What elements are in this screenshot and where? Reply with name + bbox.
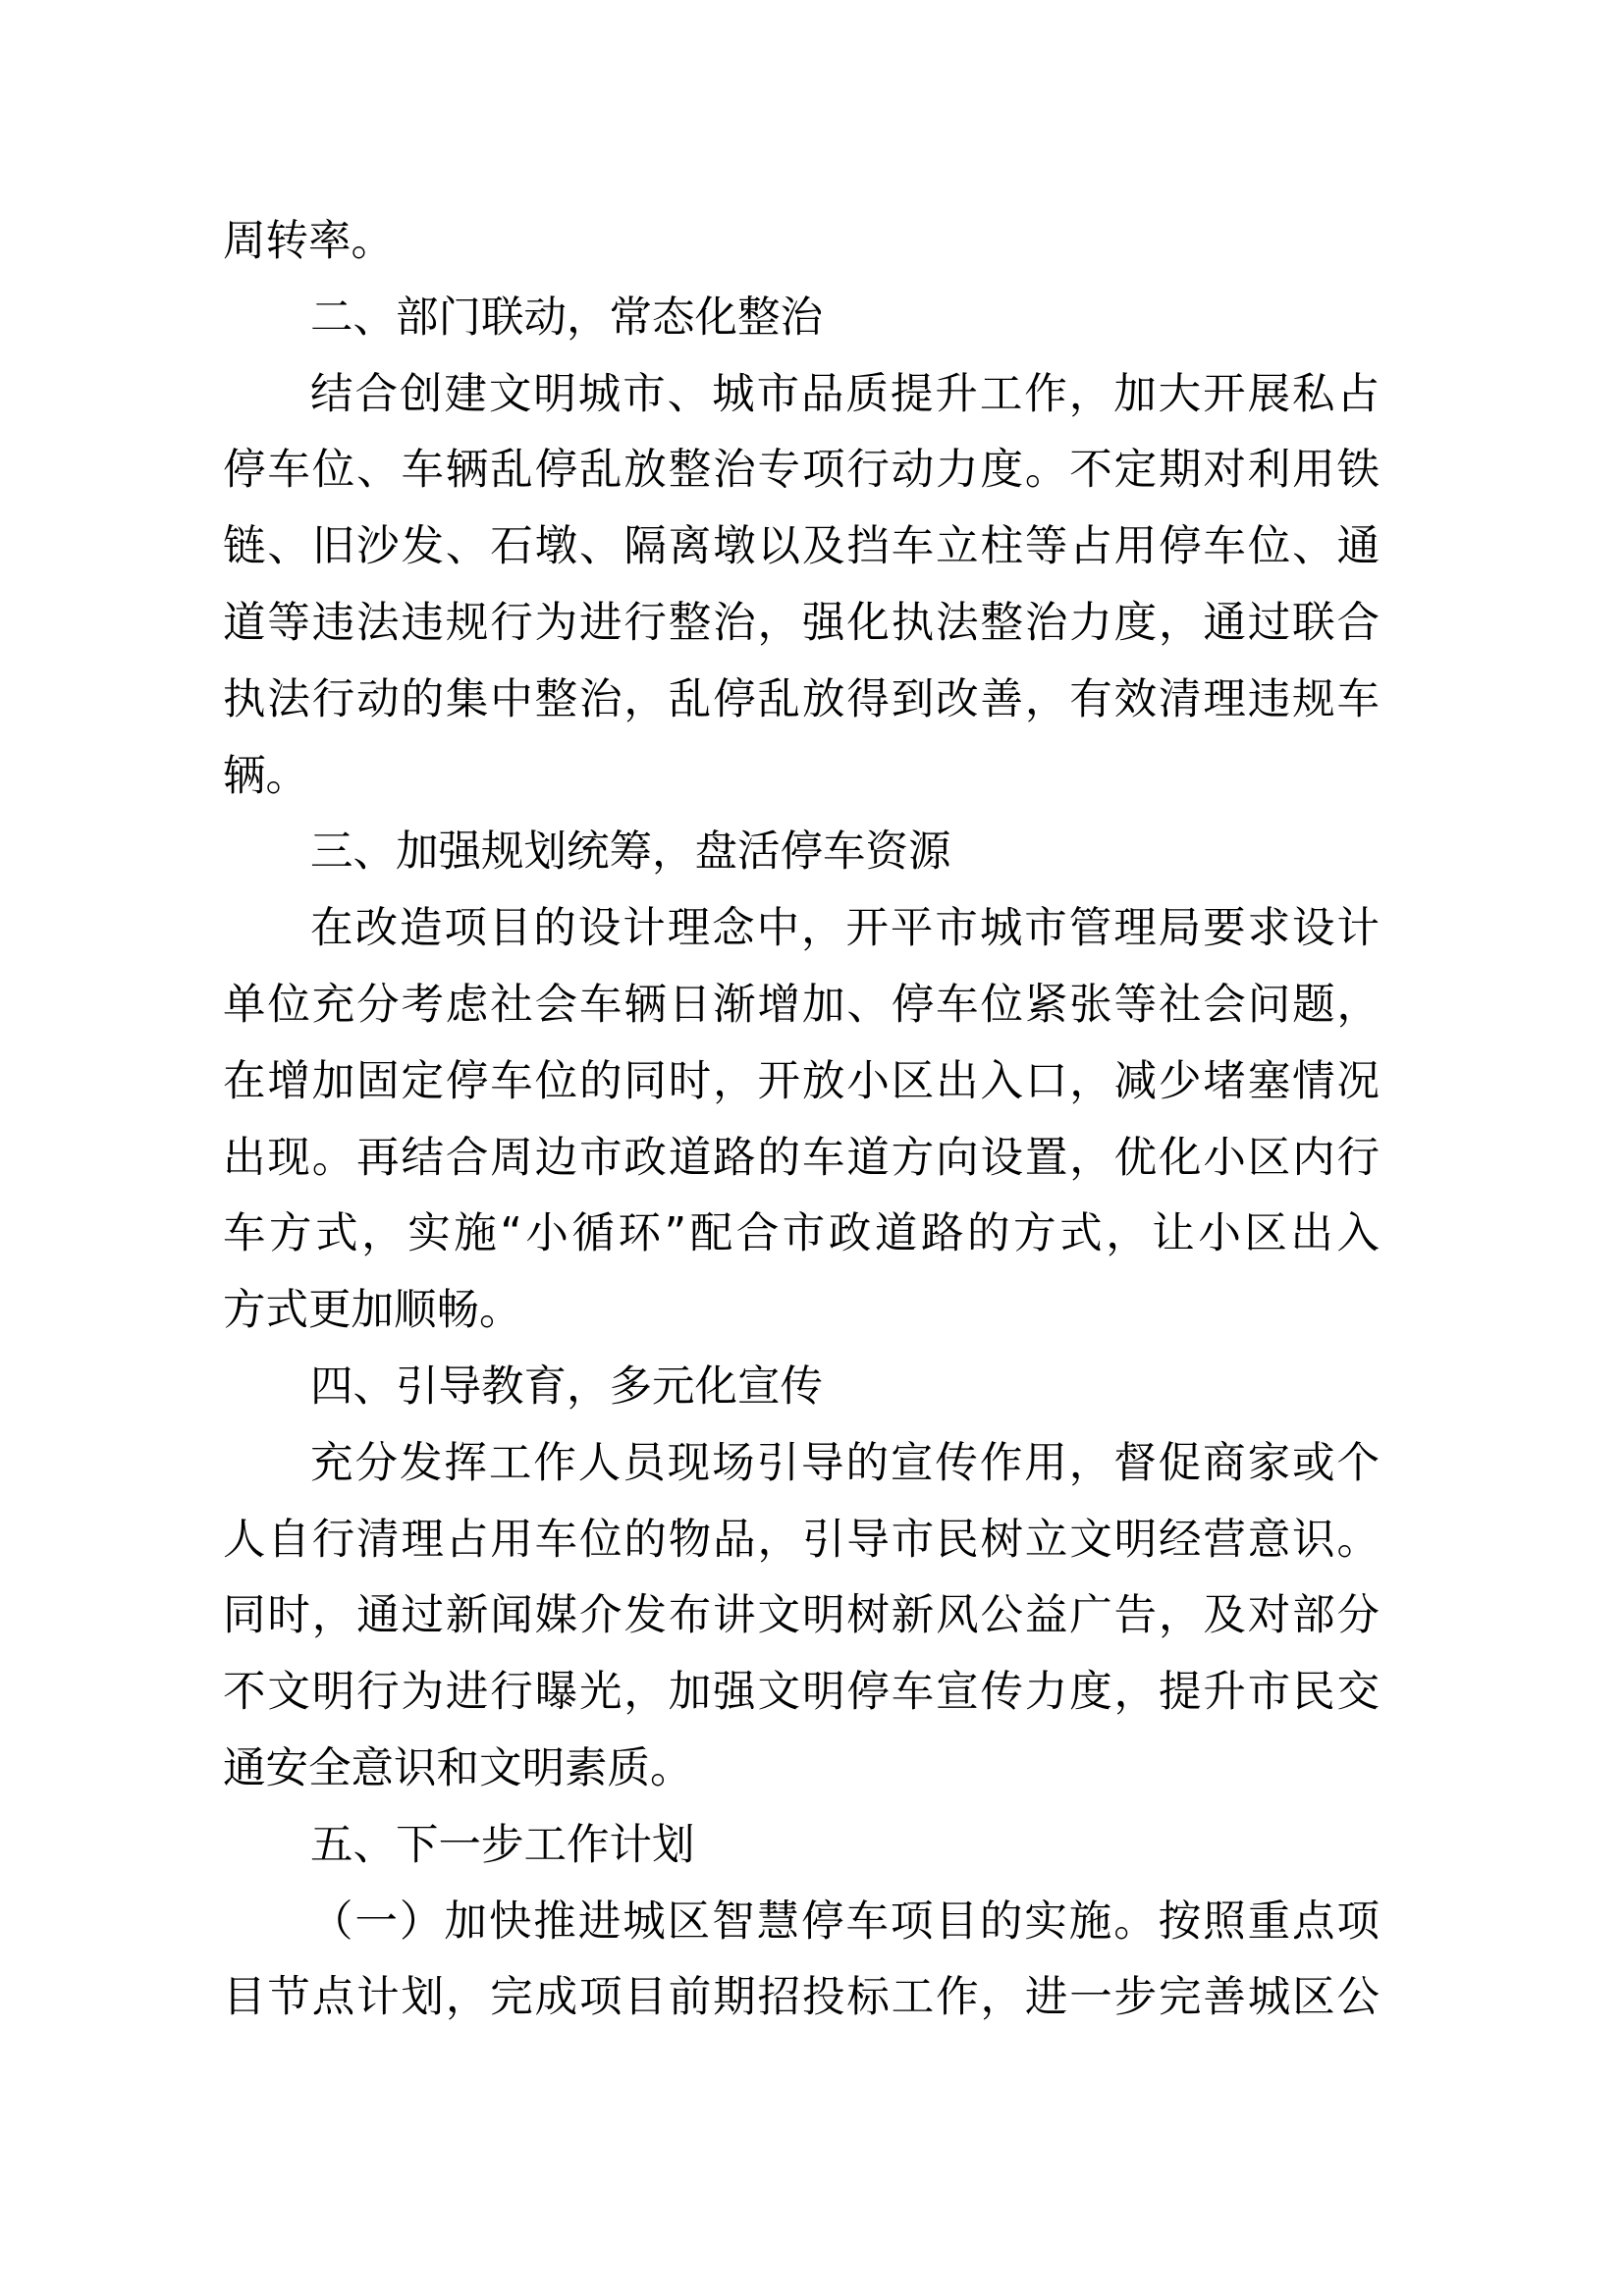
paragraph-line: 不文明行为进行曝光，加强文明停车宣传力度，提升市民交 <box>223 1655 1380 1732</box>
document-page: 周转率。 二、部门联动，常态化整治 结合创建文明城市、城市品质提升工作，加大开展… <box>223 204 1380 2037</box>
paragraph-line: 单位充分考虑社会车辆日渐增加、停车位紧张等社会问题， <box>223 968 1380 1044</box>
section-heading-5: 五、下一步工作计划 <box>223 1808 1380 1885</box>
paragraph-line: 出现。再结合周边市政道路的车道方向设置，优化小区内行 <box>223 1121 1380 1198</box>
paragraph-line: 辆。 <box>223 739 1380 816</box>
paragraph-line: （一）加快推进城区智慧停车项目的实施。按照重点项 <box>223 1885 1380 1961</box>
section-heading-3: 三、加强规划统筹，盘活停车资源 <box>223 815 1380 891</box>
section-heading-4: 四、引导教育，多元化宣传 <box>223 1350 1380 1426</box>
paragraph-line: 车方式，实施“小循环”配合市政道路的方式，让小区出入 <box>223 1197 1380 1273</box>
section-heading-2: 二、部门联动，常态化整治 <box>223 281 1380 357</box>
paragraph-line: 人自行清理占用车位的物品，引导市民树立文明经营意识。 <box>223 1503 1380 1579</box>
paragraph-line: 道等违法违规行为进行整治，强化执法整治力度，通过联合 <box>223 586 1380 663</box>
paragraph-line: 执法行动的集中整治，乱停乱放得到改善，有效清理违规车 <box>223 663 1380 739</box>
paragraph-line: 停车位、车辆乱停乱放整治专项行动力度。不定期对利用铁 <box>223 433 1380 509</box>
paragraph-line: 充分发挥工作人员现场引导的宣传作用，督促商家或个 <box>223 1426 1380 1503</box>
paragraph-line: 周转率。 <box>223 204 1380 281</box>
paragraph-line: 方式更加顺畅。 <box>223 1273 1380 1350</box>
paragraph-line: 结合创建文明城市、城市品质提升工作，加大开展私占 <box>223 357 1380 434</box>
paragraph-line: 链、旧沙发、石墩、隔离墩以及挡车立柱等占用停车位、通 <box>223 509 1380 586</box>
paragraph-line: 通安全意识和文明素质。 <box>223 1732 1380 1808</box>
paragraph-line: 在改造项目的设计理念中，开平市城市管理局要求设计 <box>223 891 1380 968</box>
paragraph-line: 在增加固定停车位的同时，开放小区出入口，减少堵塞情况 <box>223 1044 1380 1121</box>
paragraph-line: 同时，通过新闻媒介发布讲文明树新风公益广告，及对部分 <box>223 1578 1380 1655</box>
paragraph-line: 目节点计划，完成项目前期招投标工作，进一步完善城区公 <box>223 1960 1380 2037</box>
